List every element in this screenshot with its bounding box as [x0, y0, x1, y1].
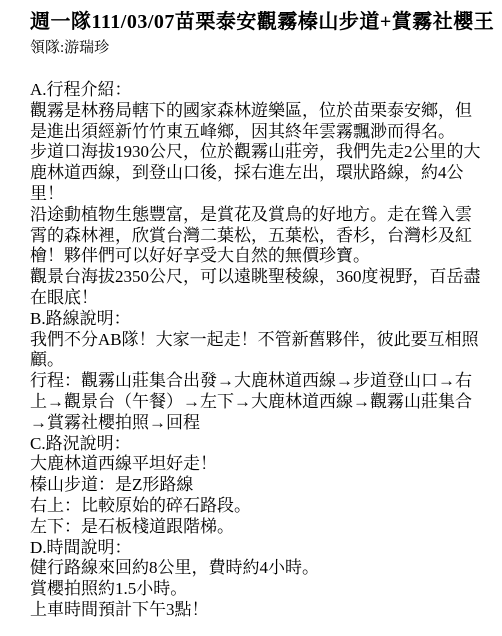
section-d-line: 上車時間預計下午3點！ [30, 600, 474, 621]
section-d-heading: D.時間說明： [30, 538, 474, 559]
section-a-line: 在眼底！ [30, 288, 474, 309]
blank-line [30, 60, 474, 80]
section-c-line: 右上：比較原始的碎石路段。 [30, 496, 474, 517]
section-a-line: 沿途動植物生態豐富，是賞花及賞鳥的好地方。走在聳入雲 [30, 205, 474, 226]
section-b-line: 上→觀景台（午餐）→左下→大鹿林道西線→觀霧山莊集合 [30, 392, 474, 413]
document-title: 週一隊111/03/07苗栗泰安觀霧榛山步道+賞霧社櫻王 [30, 8, 474, 36]
section-a-line: 觀景台海拔2350公尺，可以遠眺聖稜線，360度視野，百岳盡 [30, 267, 474, 288]
section-a-line: 觀霧是林務局轄下的國家森林遊樂區，位於苗栗泰安鄉，但 [30, 101, 474, 122]
section-a-heading: A.行程介紹： [30, 80, 474, 101]
section-c-line: 左下：是石板棧道跟階梯。 [30, 517, 474, 538]
page: { "document": { "background_color": "#ff… [0, 0, 502, 636]
section-c-line: 大鹿林道西線平坦好走！ [30, 454, 474, 475]
section-a-line: 是進出須經新竹竹東五峰鄉，因其終年雲霧飄渺而得名。 [30, 122, 474, 143]
section-a-line: 鹿林道西線，到登山口後，採右進左出，環狀路線，約4公 [30, 163, 474, 184]
section-c-heading: C.路況說明： [30, 434, 474, 455]
section-a-line: 霄的森林裡，欣賞台灣二葉松，五葉松，香杉，台灣杉及紅 [30, 226, 474, 247]
trip-notice-document: 週一隊111/03/07苗栗泰安觀霧榛山步道+賞霧社櫻王 領隊:游瑞珍 A.行程… [0, 0, 502, 621]
section-b-line: 行程：觀霧山莊集合出發→大鹿林道西線→步道登山口→右 [30, 371, 474, 392]
section-d-line: 賞櫻拍照約1.5小時。 [30, 579, 474, 600]
section-b-line: →賞霧社櫻拍照→回程 [30, 413, 474, 434]
section-a-line: 里！ [30, 184, 474, 205]
section-a-line: 步道口海拔1930公尺，位於觀霧山莊旁，我們先走2公里的大 [30, 142, 474, 163]
section-b-line: 顧。 [30, 350, 474, 371]
section-c-line: 榛山步道：是Z形路線 [30, 475, 474, 496]
section-b-line: 我們不分AB隊！大家一起走！不管新舊夥伴，彼此要互相照 [30, 330, 474, 351]
leader-line: 領隊:游瑞珍 [30, 36, 474, 60]
section-b-heading: B.路線說明： [30, 309, 474, 330]
section-d-line: 健行路線來回約8公里，費時約4小時。 [30, 558, 474, 579]
section-a-line: 檜！夥伴們可以好好享受大自然的無價珍寶。 [30, 246, 474, 267]
